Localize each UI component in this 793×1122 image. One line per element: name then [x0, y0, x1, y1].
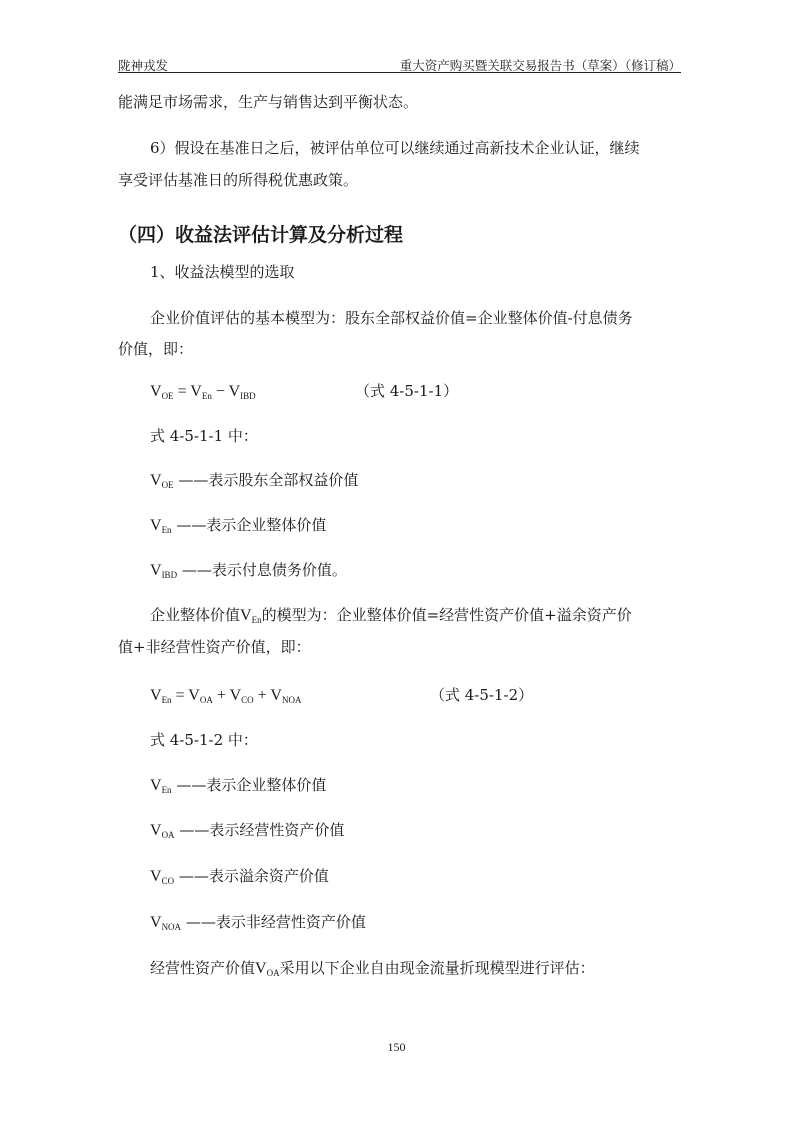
- definition-vibd: VIBD ——表示付息债务价值。: [150, 560, 710, 585]
- formula-1-label: （式 4-5-1-1）: [355, 380, 458, 401]
- definition-ven: VEn ——表示企业整体价值: [150, 775, 710, 800]
- paragraph: 值+非经营性资产价值，即：: [118, 637, 678, 657]
- header-doc-title: 重大资产购买暨关联交易报告书（草案）（修订稿）: [400, 56, 681, 74]
- paragraph: 经营性资产价值VOA采用以下企业自由现金流量折现模型进行评估：: [150, 958, 710, 983]
- header-company: 陇神戎发: [118, 56, 168, 74]
- section-heading: （四）收益法评估计算及分析过程: [118, 220, 403, 247]
- paragraph: 6）假设在基准日之后，被评估单位可以继续通过高新技术企业认证，继续: [150, 138, 710, 158]
- subheading: 1、收益法模型的选取: [150, 262, 710, 282]
- paragraph: 企业整体价值VEn的模型为：企业整体价值=经营性资产价值+溢余资产价: [150, 605, 710, 630]
- formula-1: VOE = VEn − VIBD: [150, 382, 256, 401]
- paragraph: 能满足市场需求，生产与销售达到平衡状态。: [118, 92, 678, 112]
- formula-2-label: （式 4-5-1-2）: [430, 684, 533, 705]
- definition-vnoa: VNOA ——表示非经营性资产价值: [150, 912, 710, 937]
- paragraph: 价值，即：: [118, 339, 678, 359]
- paragraph: 享受评估基准日的所得税优惠政策。: [118, 170, 678, 190]
- definition-voe: VOE ——表示股东全部权益价值: [150, 470, 710, 495]
- page-number: 150: [0, 1040, 793, 1055]
- definition-ven: VEn ——表示企业整体价值: [150, 515, 710, 540]
- formula-2: VEn = VOA + VCO + VNOA: [150, 686, 301, 705]
- definition-vco: VCO ——表示溢余资产价值: [150, 866, 710, 891]
- definition-voa: VOA ——表示经营性资产价值: [150, 820, 710, 845]
- formula-1-where: 式 4-5-1-1 中：: [150, 426, 710, 446]
- page-header: 陇神戎发 重大资产购买暨关联交易报告书（草案）（修订稿）: [118, 56, 681, 73]
- paragraph: 企业价值评估的基本模型为：股东全部权益价值=企业整体价值-付息债务: [150, 308, 710, 328]
- formula-2-where: 式 4-5-1-2 中：: [150, 730, 710, 750]
